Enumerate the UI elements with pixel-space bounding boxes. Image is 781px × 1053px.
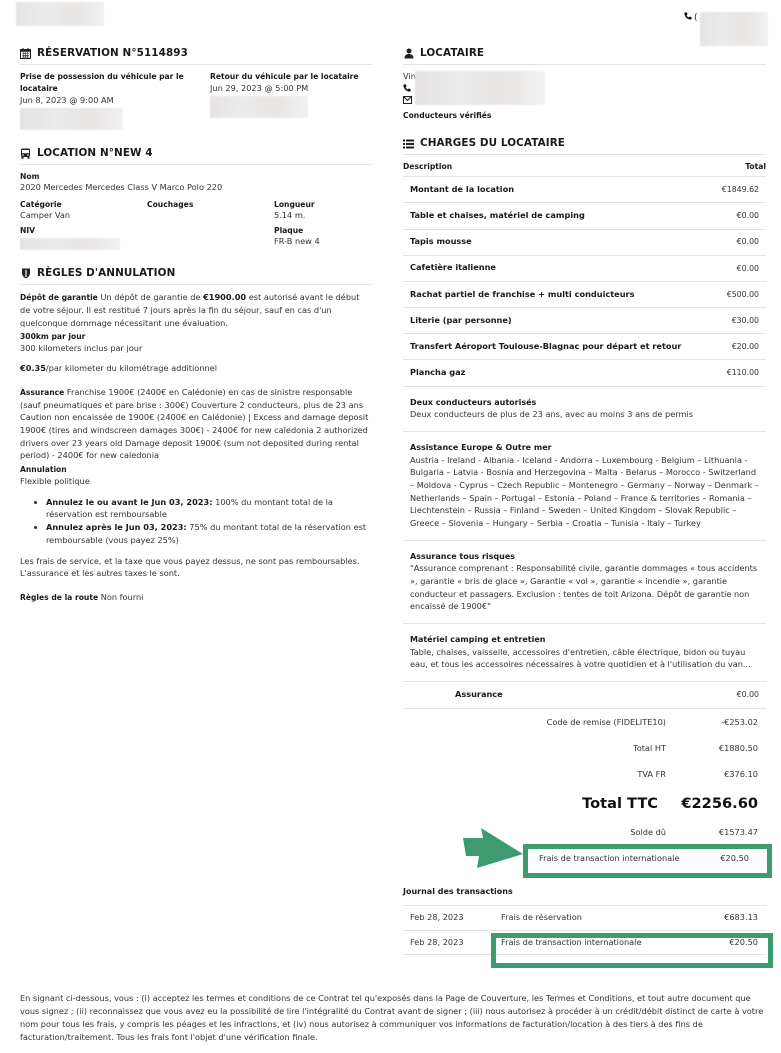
renter-contact-redacted — [415, 71, 545, 105]
pickup-label: Prise de possession du véhicule par le l… — [20, 71, 185, 95]
charges-table: Description Total Montant de la location… — [403, 157, 766, 387]
insurance-paragraph: Assurance Franchise 1900€ (2400€ en Calé… — [20, 386, 372, 462]
journal-date: Feb 28, 2023 — [403, 930, 501, 954]
charges-section: CHARGES DU LOCATAIRE Description Total M… — [403, 136, 766, 872]
header-phone: ( — [684, 12, 698, 25]
company-logo-redacted — [16, 2, 104, 26]
charge-row: Rachat partiel de franchise + multi cond… — [403, 281, 766, 307]
charge-description: Table et chaises, matériel de camping — [403, 203, 711, 229]
charge-amount: €0.00 — [711, 229, 766, 255]
return-value: Jun 29, 2023 @ 5:00 PM — [210, 83, 370, 95]
category-label: Catégorie — [20, 199, 147, 210]
charge-amount: €1849.62 — [711, 177, 766, 203]
charge-row: Plancha gaz€110.00 — [403, 360, 766, 386]
cancellation-section: RÈGLES D'ANNULATION Dépôt de garantie Un… — [20, 266, 372, 604]
phone-icon — [684, 12, 692, 25]
bus-icon — [20, 148, 31, 159]
charge-description: Plancha gaz — [403, 360, 711, 386]
list-icon — [403, 138, 414, 149]
pickup-address-redacted — [20, 108, 123, 130]
user-icon — [403, 48, 414, 59]
charge-detail-title: Assurance tous risques — [410, 551, 759, 563]
charge-amount: €500.00 — [711, 281, 766, 307]
header-contact-redacted — [700, 12, 768, 46]
vin-redacted — [20, 238, 120, 250]
journal-amount: €683.13 — [705, 906, 766, 930]
charge-detail-block: Deux conducteurs autorisésDeux conducteu… — [403, 387, 766, 432]
charge-detail-block: Assistance Europe & Outre merAustria - I… — [403, 432, 766, 541]
right-column: LOCATAIRE Vin Conducteurs vérifiés CHARG… — [403, 46, 766, 955]
cancellation-rule: Annulez après le Jun 03, 2023: 75% du mo… — [46, 521, 372, 546]
charge-detail-text: Austria - Ireland - Albania - Iceland - … — [410, 454, 759, 530]
highlight-box-journal-intl-fee — [491, 933, 773, 968]
charge-description: Tapis mousse — [403, 229, 711, 255]
balance-due-row: Solde dû€1573.47 — [403, 820, 766, 846]
charge-amount: €30.00 — [711, 308, 766, 334]
plate-label: Plaque — [274, 225, 374, 236]
pickup-value: Jun 8, 2023 @ 9:00 AM — [20, 95, 210, 107]
journal-title: Journal des transactions — [403, 886, 766, 907]
charge-row: Cafetière italienne€0.00 — [403, 255, 766, 281]
annulation-label: Annulation — [20, 464, 372, 475]
charge-amount: €20.00 — [711, 334, 766, 360]
footer-terms: En signant ci-dessous, vous : (i) accept… — [20, 992, 765, 1044]
charge-detail-title: Assistance Europe & Outre mer — [410, 442, 759, 454]
charge-description: Transfert Aéroport Toulouse-Blagnac pour… — [403, 334, 711, 360]
length-value: 5.14 m. — [274, 210, 374, 222]
extra-km-paragraph: €0.35/par kilometer du kilométrage addit… — [20, 362, 372, 375]
cancellation-rules-list: Annulez le ou avant le Jun 03, 2023: 100… — [46, 496, 372, 547]
length-label: Longueur — [274, 199, 374, 210]
vin-label: NIV — [20, 225, 147, 236]
shield-icon — [20, 268, 31, 279]
vehicle-name-label: Nom — [20, 171, 372, 182]
journal-description: Frais de réservation — [501, 906, 705, 930]
return-address-redacted — [210, 96, 308, 118]
charge-amount: €0.00 — [711, 203, 766, 229]
plate-value: FR-B new 4 — [274, 236, 374, 248]
charge-detail-text: "Assurance comprenant : Responsabilité c… — [410, 562, 759, 613]
journal-date: Feb 28, 2023 — [403, 906, 501, 930]
charge-row: Literie (par personne)€30.00 — [403, 308, 766, 334]
charge-description: Rachat partiel de franchise + multi cond… — [403, 281, 711, 307]
sleeps-label: Couchages — [147, 199, 274, 210]
charge-detail-text: Table, chaises, vaisselle, accessoires d… — [410, 646, 759, 671]
total-ht-row: Total HT€1880.50 — [403, 736, 766, 762]
tva-row: TVA FR€376.10 — [403, 762, 766, 788]
km-value: 300 kilometers inclus par jour — [20, 342, 372, 355]
charge-detail-title: Deux conducteurs autorisés — [410, 397, 759, 409]
charge-description: Cafetière italienne — [403, 255, 711, 281]
assurance-row-table: Assurance €0.00 — [403, 682, 766, 709]
col-total: Total — [711, 157, 766, 177]
annulation-value: Flexible politique — [20, 475, 372, 488]
renter-section: LOCATAIRE Vin Conducteurs vérifiés — [403, 46, 766, 121]
left-column: RÉSERVATION N°5114893 Prise de possessio… — [20, 46, 372, 604]
calendar-icon — [20, 48, 31, 59]
col-description: Description — [403, 157, 711, 177]
category-value: Camper Van — [20, 210, 147, 222]
charge-detail-block: Matériel camping et entretienTable, chai… — [403, 624, 766, 682]
email-icon — [403, 95, 412, 107]
total-ttc-row: Total TTC€2256.60 — [403, 788, 766, 820]
cancellation-title: RÈGLES D'ANNULATION — [20, 266, 372, 285]
verified-drivers-label: Conducteurs vérifiés — [403, 110, 766, 121]
charge-detail-block: Assurance tous risques"Assurance compren… — [403, 541, 766, 624]
km-label: 300km par jour — [20, 331, 372, 342]
return-label: Retour du véhicule par le locataire — [210, 71, 370, 83]
arrow-right-icon — [463, 826, 525, 873]
location-title: LOCATION N°NEW 4 — [20, 146, 372, 165]
charges-title: CHARGES DU LOCATAIRE — [403, 136, 766, 155]
charge-detail-text: Deux conducteurs de plus de 23 ans, avec… — [410, 408, 759, 421]
charge-row: Tapis mousse€0.00 — [403, 229, 766, 255]
reservation-title: RÉSERVATION N°5114893 — [20, 46, 372, 65]
vehicle-name-value: 2020 Mercedes Mercedes Class V Marco Pol… — [20, 182, 372, 194]
journal-row: Feb 28, 2023Frais de réservation€683.13 — [403, 906, 766, 930]
charge-description: Montant de la location — [403, 177, 711, 203]
charge-row: Table et chaises, matériel de camping€0.… — [403, 203, 766, 229]
location-section: LOCATION N°NEW 4 Nom 2020 Mercedes Merce… — [20, 146, 372, 250]
charge-row: Montant de la location€1849.62 — [403, 177, 766, 203]
charge-row: Transfert Aéroport Toulouse-Blagnac pour… — [403, 334, 766, 360]
charge-description: Literie (par personne) — [403, 308, 711, 334]
fees-note: Les frais de service, et la taxe que vou… — [20, 555, 360, 580]
charge-detail-title: Matériel camping et entretien — [410, 634, 759, 646]
charge-amount: €110.00 — [711, 360, 766, 386]
charge-row: Assurance €0.00 — [403, 682, 766, 708]
reservation-section: RÉSERVATION N°5114893 Prise de possessio… — [20, 46, 372, 130]
highlight-box-intl-fee — [523, 844, 772, 878]
deposit-paragraph: Dépôt de garantie Un dépôt de garantie d… — [20, 291, 372, 329]
phone-icon — [403, 83, 411, 95]
discount-row: Code de remise (FIDELITE10)-€253.02 — [403, 710, 766, 736]
renter-title: LOCATAIRE — [403, 46, 766, 65]
charge-amount: €0.00 — [711, 255, 766, 281]
road-rules: Règles de la route Non fourni — [20, 591, 372, 604]
cancellation-rule: Annulez le ou avant le Jun 03, 2023: 100… — [46, 496, 372, 521]
